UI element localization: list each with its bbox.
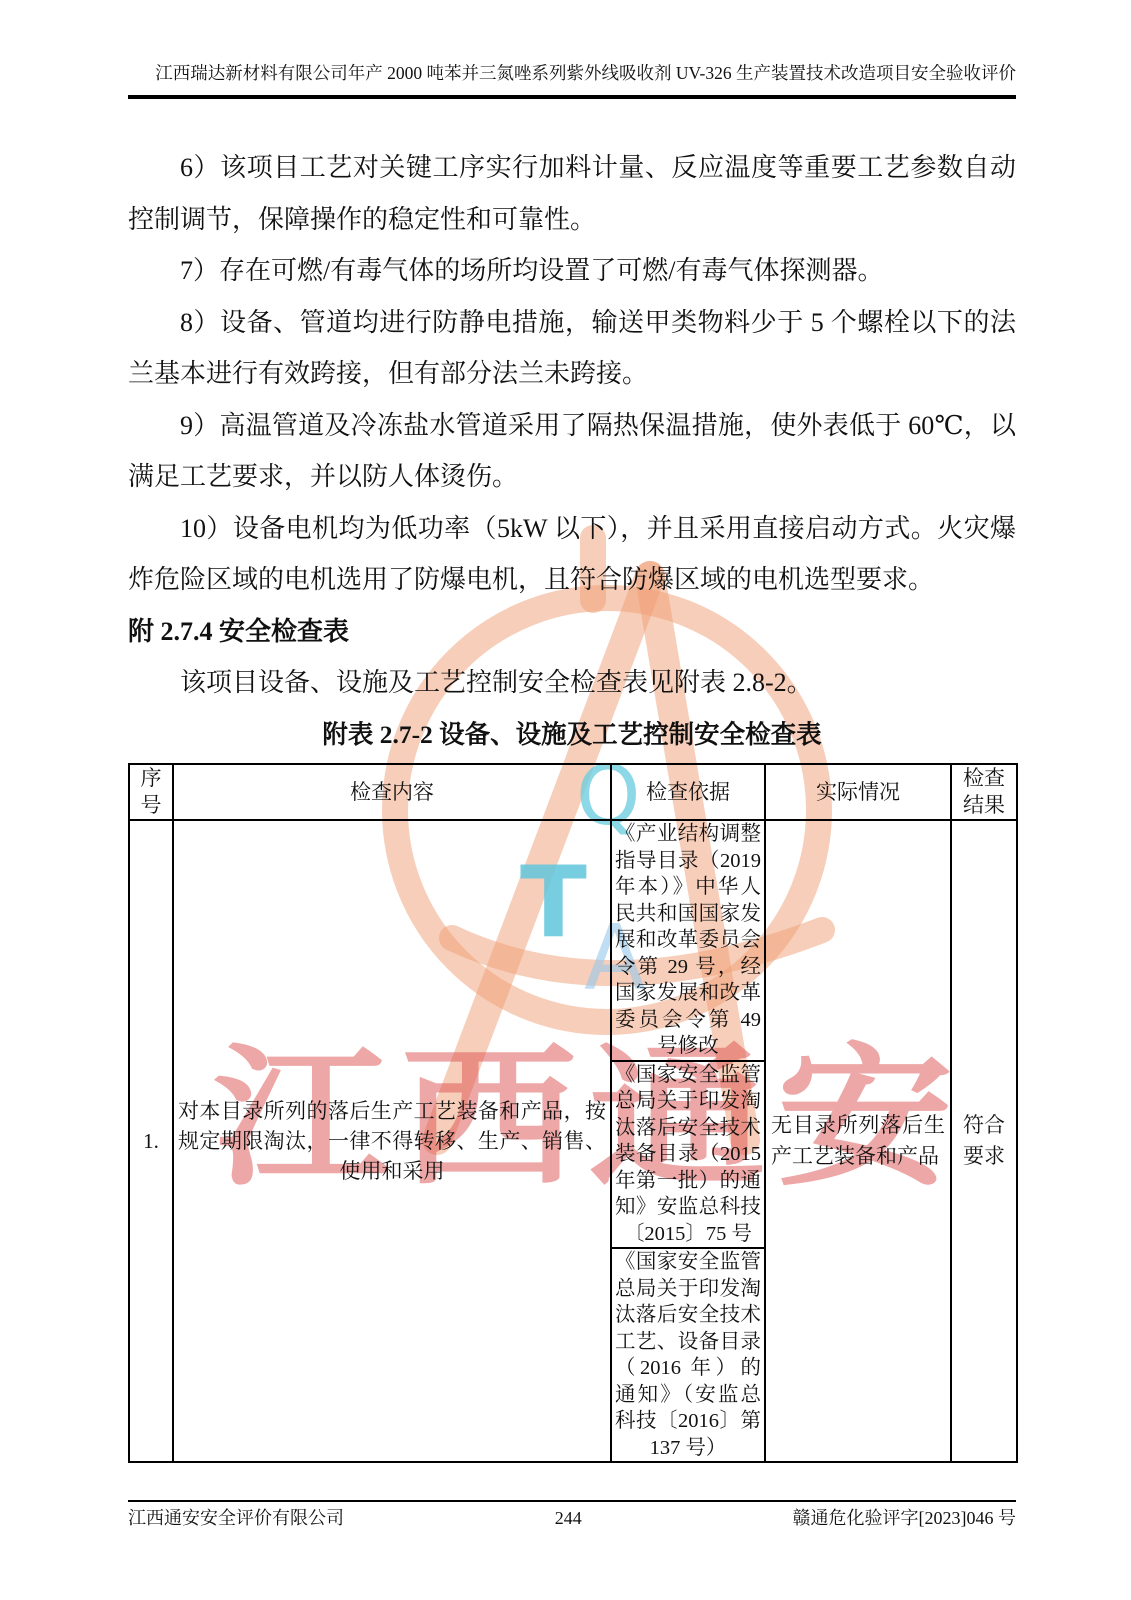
section-intro-paragraph: 该项目设备、设施及工艺控制安全检查表见附表 2.8-2。 <box>128 657 1016 709</box>
column-header-basis: 检查依据 <box>611 764 765 820</box>
footer-document-number: 赣通危化验评字[2023]046 号 <box>793 1507 1017 1529</box>
check-result-cell: 符合要求 <box>951 820 1017 1462</box>
column-header-content: 检查内容 <box>173 764 611 820</box>
body-paragraph-7: 7）存在可燃/有毒气体的场所均设置了可燃/有毒气体探测器。 <box>128 245 1016 297</box>
table-title: 附表 2.7-2 设备、设施及工艺控制安全检查表 <box>128 709 1016 761</box>
page-footer: 江西通安安全评价有限公司 244 赣通危化验评字[2023]046 号 <box>128 1500 1016 1529</box>
footer-company-name: 江西通安安全评价有限公司 <box>128 1507 344 1529</box>
page-header-title: 江西瑞达新材料有限公司年产 2000 吨苯并三氮唑系列紫外线吸收剂 UV-326… <box>155 63 1016 83</box>
body-paragraph-10: 10）设备电机均为低功率（5kW 以下），并且采用直接启动方式。火灾爆炸危险区域… <box>128 503 1016 606</box>
table-row: 1. 对本目录所列的落后生产工艺装备和产品，按规定期限淘汰，一律不得转移、生产、… <box>129 820 1017 1061</box>
check-basis-cell-1: 《产业结构调整指导目录（2019 年本）》中华人民共和国国家发展和改革委员会令第… <box>611 820 765 1061</box>
page-header: 江西瑞达新材料有限公司年产 2000 吨苯并三氮唑系列紫外线吸收剂 UV-326… <box>128 62 1016 99</box>
table-header-row: 序号 检查内容 检查依据 实际情况 检查结果 <box>129 764 1017 820</box>
body-paragraph-6: 6）该项目工艺对关键工序实行加料计量、反应温度等重要工艺参数自动控制调节，保障操… <box>128 142 1016 245</box>
page-number: 244 <box>344 1507 793 1529</box>
actual-situation-cell: 无目录所列落后生产工艺装备和产品 <box>765 820 951 1462</box>
safety-checklist-table: 序号 检查内容 检查依据 实际情况 检查结果 1. 对本目录所列的落后生产工艺装… <box>128 763 1018 1463</box>
body-paragraph-9: 9）高温管道及冷冻盐水管道采用了隔热保温措施，使外表低于 60℃，以满足工艺要求… <box>128 400 1016 503</box>
column-header-result: 检查结果 <box>951 764 1017 820</box>
check-content-cell: 对本目录所列的落后生产工艺装备和产品，按规定期限淘汰，一律不得转移、生产、销售、… <box>173 820 611 1462</box>
check-basis-cell-3: 《国家安全监管总局关于印发淘汰落后安全技术工艺、设备目录（2016 年）的通知》… <box>611 1248 765 1462</box>
body-paragraph-8: 8）设备、管道均进行防静电措施，输送甲类物料少于 5 个螺栓以下的法兰基本进行有… <box>128 297 1016 400</box>
section-heading: 附 2.7.4 安全检查表 <box>128 606 1016 658</box>
row-number-cell: 1. <box>129 820 173 1462</box>
column-header-no: 序号 <box>129 764 173 820</box>
column-header-actual: 实际情况 <box>765 764 951 820</box>
main-content: 6）该项目工艺对关键工序实行加料计量、反应温度等重要工艺参数自动控制调节，保障操… <box>128 142 1016 1463</box>
content-layer: 江西瑞达新材料有限公司年产 2000 吨苯并三氮唑系列紫外线吸收剂 UV-326… <box>0 0 1131 1600</box>
document-page: Q T A 江西通安 江西瑞达新材料有限公司年产 2000 吨苯并三氮唑系列紫外… <box>0 0 1131 1600</box>
check-basis-cell-2: 《国家安全监管总局关于印发淘汰落后安全技术装备目录（2015 年第一批）的通知》… <box>611 1061 765 1249</box>
